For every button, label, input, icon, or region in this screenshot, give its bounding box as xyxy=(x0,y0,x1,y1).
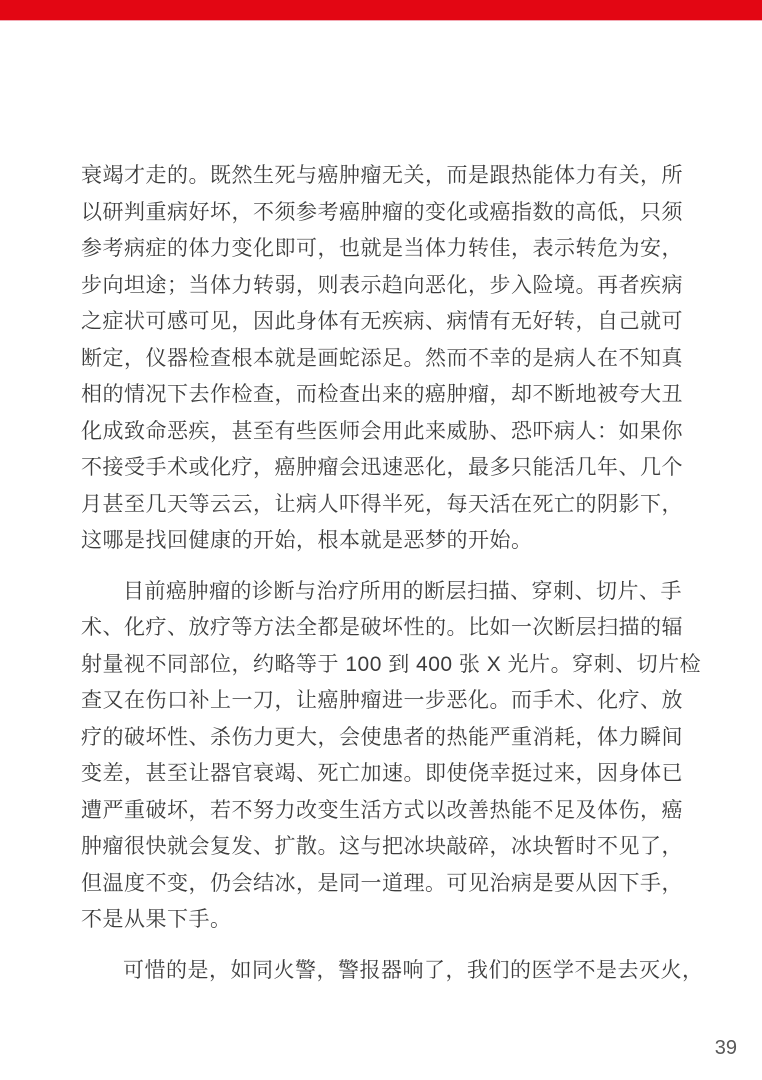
text-line: 衰竭才走的。既然生死与癌肿瘤无关，而是跟热能体力有关，所 xyxy=(81,158,679,195)
text-line: 可惜的是，如同火警，警报器响了，我们的医学不是去灭火， xyxy=(81,953,679,990)
header-red-bar xyxy=(0,0,762,21)
text-line: 以研判重病好坏，不须参考癌肿瘤的变化或癌指数的高低，只须 xyxy=(81,195,679,232)
text-line: 步向坦途；当体力转弱，则表示趋向恶化，步入险境。再者疾病 xyxy=(81,268,679,305)
text-line: 变差，甚至让器官衰竭、死亡加速。即使侥幸挺过来，因身体已 xyxy=(81,756,679,793)
paragraph: 目前癌肿瘤的诊断与治疗所用的断层扫描、穿刺、切片、手术、化疗、放疗等方法全都是破… xyxy=(81,574,679,939)
text-line: 参考病症的体力变化即可，也就是当体力转佳，表示转危为安， xyxy=(81,231,679,268)
text-line: 这哪是找回健康的开始，根本就是恶梦的开始。 xyxy=(81,523,679,560)
text-line: 不是从果下手。 xyxy=(81,902,679,939)
body-text: 衰竭才走的。既然生死与癌肿瘤无关，而是跟热能体力有关，所以研判重病好坏，不须参考… xyxy=(81,158,679,989)
text-line: 断定，仪器检查根本就是画蛇添足。然而不幸的是病人在不知真 xyxy=(81,341,679,378)
text-line: 术、化疗、放疗等方法全都是破坏性的。比如一次断层扫描的辐 xyxy=(81,610,679,647)
text-line: 月甚至几天等云云，让病人吓得半死，每天活在死亡的阴影下， xyxy=(81,487,679,524)
book-page: 衰竭才走的。既然生死与癌肿瘤无关，而是跟热能体力有关，所以研判重病好坏，不须参考… xyxy=(0,0,762,1080)
page-number: 39 xyxy=(715,1038,737,1058)
text-line: 相的情况下去作检查，而检查出来的癌肿瘤，却不断地被夸大丑 xyxy=(81,377,679,414)
text-line: 不接受手术或化疗，癌肿瘤会迅速恶化，最多只能活几年、几个 xyxy=(81,450,679,487)
text-line: 化成致命恶疾，甚至有些医师会用此来威胁、恐吓病人：如果你 xyxy=(81,414,679,451)
text-line: 查又在伤口补上一刀，让癌肿瘤进一步恶化。而手术、化疗、放 xyxy=(81,683,679,720)
text-line: 肿瘤很快就会复发、扩散。这与把冰块敲碎，冰块暂时不见了， xyxy=(81,829,679,866)
text-line: 目前癌肿瘤的诊断与治疗所用的断层扫描、穿刺、切片、手 xyxy=(81,574,679,611)
text-line: 但温度不变，仍会结冰，是同一道理。可见治病是要从因下手， xyxy=(81,866,679,903)
text-line: 射量视不同部位，约略等于 100 到 400 张 X 光片。穿刺、切片检 xyxy=(81,647,679,684)
text-line: 遭严重破坏，若不努力改变生活方式以改善热能不足及体伤，癌 xyxy=(81,793,679,830)
paragraph: 衰竭才走的。既然生死与癌肿瘤无关，而是跟热能体力有关，所以研判重病好坏，不须参考… xyxy=(81,158,679,560)
text-line: 之症状可感可见，因此身体有无疾病、病情有无好转，自己就可 xyxy=(81,304,679,341)
paragraph: 可惜的是，如同火警，警报器响了，我们的医学不是去灭火， xyxy=(81,953,679,990)
text-line: 疗的破坏性、杀伤力更大，会使患者的热能严重消耗，体力瞬间 xyxy=(81,720,679,757)
